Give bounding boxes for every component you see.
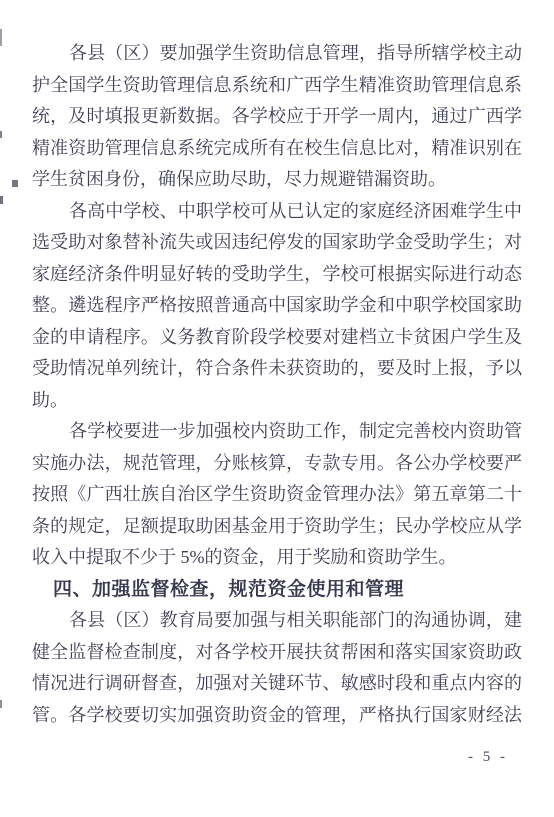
doc-line: 家庭经济条件明显好转的受助学生，学校可根据实际进行动态调 bbox=[32, 259, 522, 291]
doc-line: 收入中提取不少于 5%的资金，用于奖励和资助学生。 bbox=[32, 542, 522, 574]
paragraph-3: 各学校要进一步加强校内资助工作，制定完善校内资助管理 实施办法，规范管理，分账核… bbox=[32, 416, 522, 574]
doc-line: 各学校要进一步加强校内资助工作，制定完善校内资助管理 bbox=[32, 416, 522, 448]
page-number: - 5 - bbox=[468, 747, 508, 767]
doc-line: 各县（区）教育局要加强与相关职能部门的沟通协调，建立 bbox=[32, 605, 522, 637]
doc-line: 各县（区）要加强学生资助信息管理，指导所辖学校主动维 bbox=[32, 38, 522, 70]
section-heading: 四、加强监督检查，规范资金使用和管理 bbox=[32, 574, 522, 606]
scan-speck bbox=[0, 196, 3, 204]
document-text-block: 各县（区）要加强学生资助信息管理，指导所辖学校主动维 护全国学生资助管理信息系统… bbox=[32, 38, 522, 731]
doc-line: 护全国学生资助管理信息系统和广西学生精准资助管理信息系 bbox=[32, 70, 522, 102]
scan-edge-artifact bbox=[0, 131, 2, 138]
doc-line: 受助情况单列统计，符合条件未获资助的，要及时上报，予以资 bbox=[32, 353, 522, 385]
doc-line: 条的规定，足额提取助困基金用于资助学生；民办学校应从学费 bbox=[32, 511, 522, 543]
doc-line: 情况进行调研督查，加强对关键环节、敏感时段和重点内容的监 bbox=[32, 668, 522, 700]
doc-line: 助。 bbox=[32, 385, 522, 417]
scan-speck bbox=[12, 180, 18, 187]
doc-line: 选受助对象替补流失或因违纪停发的国家助学金受助学生；对于 bbox=[32, 227, 522, 259]
doc-line: 金的申请程序。义务教育阶段学校要对建档立卡贫困户学生及其 bbox=[32, 322, 522, 354]
doc-line: 实施办法，规范管理，分账核算，专款专用。各公办学校要严格 bbox=[32, 448, 522, 480]
doc-line: 学生贫困身份，确保应助尽助，尽力规避错漏资助。 bbox=[32, 164, 522, 196]
doc-line: 精准资助管理信息系统完成所有在校生信息比对，精准识别在校 bbox=[32, 133, 522, 165]
doc-line: 整。遴选程序严格按照普通高中国家助学金和中职学校国家助学 bbox=[32, 290, 522, 322]
paragraph-2: 各高中学校、中职学校可从已认定的家庭经济困难学生中遴 选受助对象替补流失或因违纪… bbox=[32, 196, 522, 417]
scan-edge-artifact bbox=[0, 29, 2, 46]
doc-line: 健全监督检查制度，对各学校开展扶贫帮困和落实国家资助政策 bbox=[32, 637, 522, 669]
document-page: 各县（区）要加强学生资助信息管理，指导所辖学校主动维 护全国学生资助管理信息系统… bbox=[0, 0, 554, 817]
doc-line: 按照《广西壮族自治区学生资助资金管理办法》第五章第二十四 bbox=[32, 479, 522, 511]
doc-line: 各高中学校、中职学校可从已认定的家庭经济困难学生中遴 bbox=[32, 196, 522, 228]
doc-line: 统，及时填报更新数据。各学校应于开学一周内，通过广西学生 bbox=[32, 101, 522, 133]
paragraph-1: 各县（区）要加强学生资助信息管理，指导所辖学校主动维 护全国学生资助管理信息系统… bbox=[32, 38, 522, 196]
paragraph-4: 各县（区）教育局要加强与相关职能部门的沟通协调，建立 健全监督检查制度，对各学校… bbox=[32, 605, 522, 731]
doc-line: 管。各学校要切实加强资助资金的管理，严格执行国家财经法规 bbox=[32, 700, 522, 732]
scan-edge-artifact bbox=[0, 700, 2, 708]
